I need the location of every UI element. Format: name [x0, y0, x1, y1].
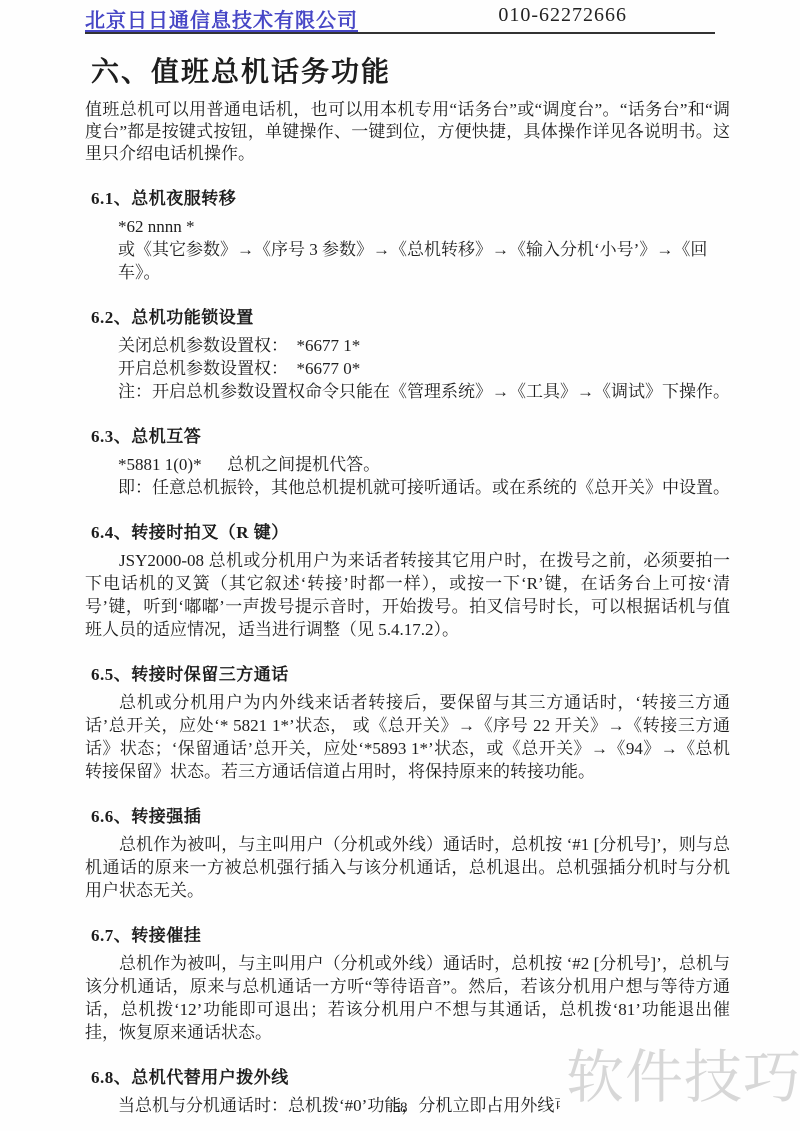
body-paragraph: JSY2000-08 总机或分机用户为来话者转接其它用户时，在拨号之前，必须要拍…: [85, 549, 730, 641]
section-6-1: 6.1、总机夜服转移 *62 nnnn * 或《其它参数》→《序号 3 参数》→…: [85, 188, 730, 284]
section-6-4: 6.4、转接时拍叉（R 键） JSY2000-08 总机或分机用户为来话者转接其…: [85, 522, 730, 641]
body-paragraph: 总机或分机用户为内外线来话者转接后，要保留与其三方通话时，‘转接三方通话’总开关…: [85, 691, 730, 783]
section-6-2: 6.2、总机功能锁设置 关闭总机参数设置权： *6677 1* 开启总机参数设置…: [85, 307, 730, 403]
company-name: 北京日日通信息技术有限公司: [85, 4, 358, 33]
chapter-title: 六、值班总机话务功能: [91, 56, 730, 90]
command-line: 或《其它参数》→《序号 3 参数》→《总机转移》→《输入分机‘小号’》→《回车》…: [85, 238, 730, 284]
section-heading: 6.2、总机功能锁设置: [91, 307, 730, 329]
section-heading: 6.5、转接时保留三方通话: [91, 664, 730, 686]
body-paragraph: 总机作为被叫，与主叫用户（分机或外线）通话时，总机按 ‘#1 [分机号]’，则与…: [85, 833, 730, 902]
section-heading: 6.3、总机互答: [91, 426, 730, 448]
section-6-6: 6.6、转接强插 总机作为被叫，与主叫用户（分机或外线）通话时，总机按 ‘#1 …: [85, 806, 730, 902]
phone-number: 010-62272666: [498, 4, 627, 27]
command-line: 即：任意总机振铃，其他总机提机就可接听通话。或在系统的《总开关》中设置。: [85, 476, 730, 499]
section-6-7: 6.7、转接催挂 总机作为被叫，与主叫用户（分机或外线）通话时，总机按 ‘#2 …: [85, 925, 730, 1044]
page-header: 北京日日通信息技术有限公司 010-62272666: [85, 4, 730, 30]
command-line: 关闭总机参数设置权： *6677 1*: [85, 334, 730, 357]
section-heading: 6.7、转接催挂: [91, 925, 730, 947]
document-page: 北京日日通信息技术有限公司 010-62272666 六、值班总机话务功能 值班…: [0, 0, 800, 1131]
page-number: 58: [0, 1100, 800, 1117]
command-line: *62 nnnn *: [85, 215, 730, 238]
command-line: *5881 1(0)* 总机之间提机代答。: [85, 453, 730, 476]
section-6-5: 6.5、转接时保留三方通话 总机或分机用户为内外线来话者转接后，要保留与其三方通…: [85, 664, 730, 783]
command-line: 开启总机参数设置权： *6677 0*: [85, 357, 730, 380]
section-6-3: 6.3、总机互答 *5881 1(0)* 总机之间提机代答。 即：任意总机振铃，…: [85, 426, 730, 499]
section-heading: 6.6、转接强插: [91, 806, 730, 828]
intro-paragraph: 值班总机可以用普通电话机，也可以用本机专用“话务台”或“调度台”。“话务台”和“…: [85, 99, 730, 165]
section-heading: 6.4、转接时拍叉（R 键）: [91, 522, 730, 544]
section-heading: 6.1、总机夜服转移: [91, 188, 730, 210]
command-line: 注：开启总机参数设置权命令只能在《管理系统》→《工具》→《调试》下操作。: [85, 380, 730, 403]
